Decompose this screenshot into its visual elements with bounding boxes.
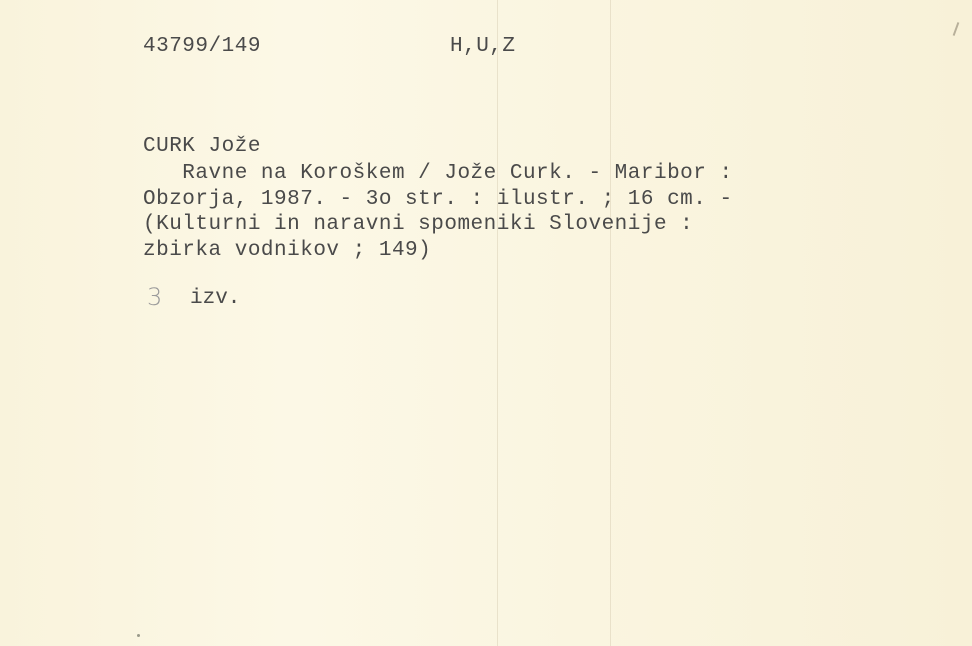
catalog-card: 43799/149 H,U,Z CURK Jože Ravne na Koroš…: [0, 0, 972, 646]
check-mark-icon: [953, 22, 960, 36]
description-line: Obzorja, 1987. - 3o str. : ilustr. ; 16 …: [143, 189, 733, 210]
call-number: 43799/149: [143, 36, 261, 57]
description-line: zbirka vodnikov ; 149): [143, 240, 431, 261]
author-heading: CURK Jože: [143, 136, 261, 157]
location-codes: H,U,Z: [450, 36, 516, 57]
card-fold-line: [610, 0, 611, 646]
handwritten-copy-count: 3: [147, 283, 162, 311]
ink-speck: [137, 634, 140, 637]
description-line: Ravne na Koroškem / Jože Curk. - Maribor…: [143, 163, 733, 184]
description-line: (Kulturni in naravni spomeniki Slovenije…: [143, 214, 693, 235]
card-fold-line: [497, 0, 498, 646]
copies-label: izv.: [190, 288, 240, 309]
